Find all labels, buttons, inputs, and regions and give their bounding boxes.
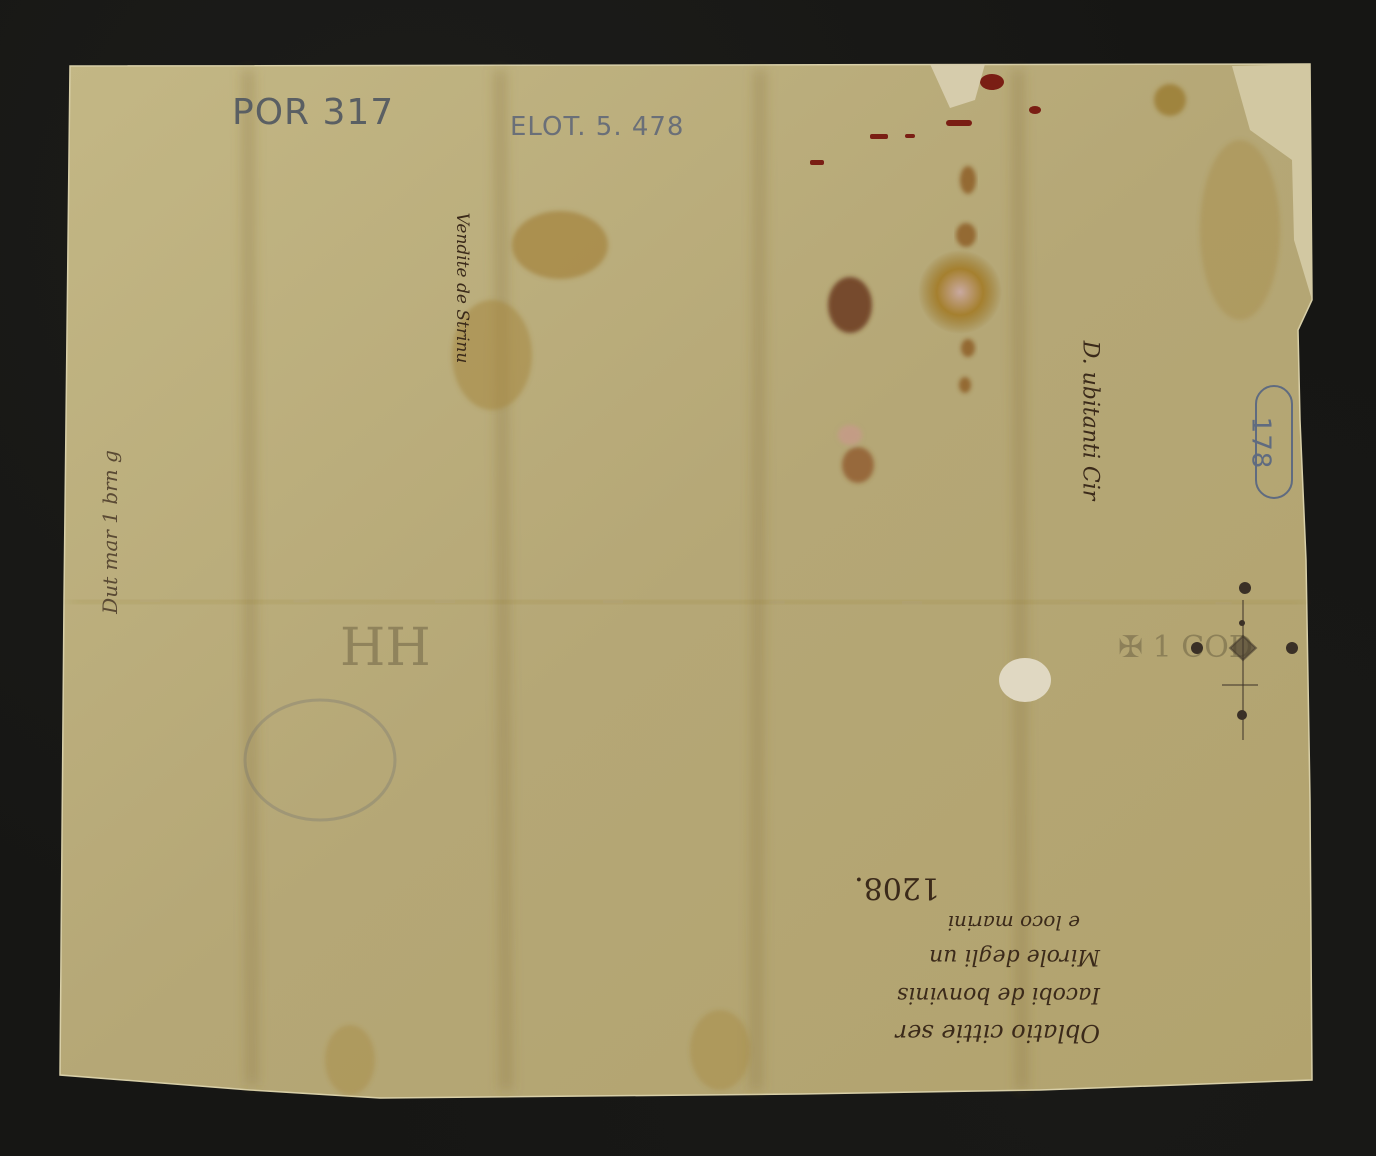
inverted-docket: Oblatio cittie ser Iacobi de bonvinis Mi…: [800, 855, 1120, 1055]
vertical-note-left: Dut mar 1 brn g: [98, 412, 122, 652]
docket-line-4: e loco marini: [948, 911, 1080, 935]
docket-line-3: Mirole degli un: [929, 944, 1100, 969]
docket-date: 1208.: [854, 870, 940, 905]
shelfmark-left: POR 317: [232, 92, 394, 133]
docket-line-2: Iacobi de bonvinis: [897, 982, 1100, 1007]
circled-archive-number: 178: [1245, 417, 1275, 470]
vertical-note-right: D. ubitanti Cir: [1078, 321, 1103, 521]
parchment-sheet: [0, 0, 1376, 1156]
shelfmark-center: ELOT. 5. 478: [510, 112, 684, 142]
vertical-note-center: Vendite de Strinu: [452, 198, 472, 378]
show-through-signum: ✠ 1 COD: [1118, 630, 1253, 665]
show-through-monogram: HH: [340, 618, 431, 678]
parchment-document: POR 317 ELOT. 5. 478 178 Vendite de Stri…: [0, 0, 1376, 1156]
docket-line-1: Oblatio cittie ser: [896, 1019, 1100, 1047]
